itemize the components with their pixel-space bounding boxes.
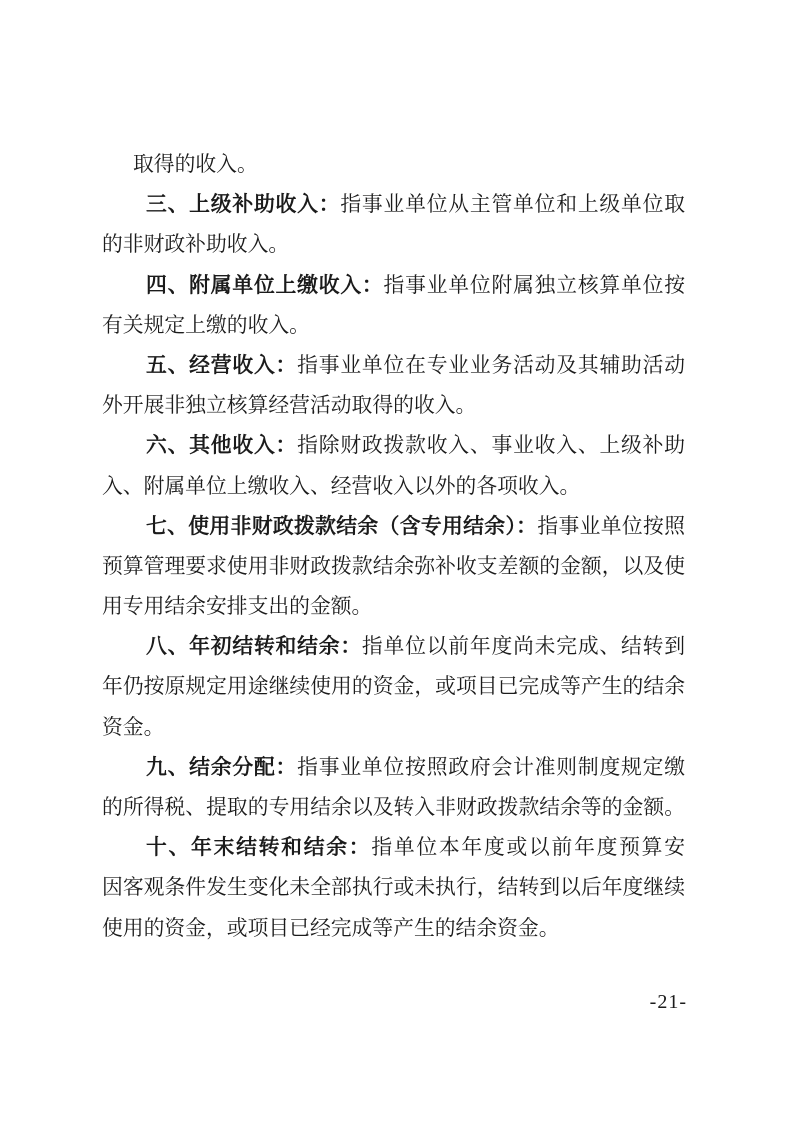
- text-line: 五、经营收入：指事业单位在专业业务活动及其辅助活动之: [102, 346, 685, 386]
- term-label: 四、附属单位上缴收入：: [146, 274, 384, 297]
- text-line: 取得的收入。: [102, 145, 685, 185]
- body-text: 资金。: [102, 716, 164, 739]
- body-text: 因客观条件发生变化未全部执行或未执行，结转到以后年度继续: [102, 876, 685, 899]
- text-line: 四、附属单位上缴收入：指事业单位附属独立核算单位按照: [102, 266, 685, 306]
- term-label: 九、结余分配：: [146, 756, 297, 779]
- text-line: 的非财政补助收入。: [102, 225, 685, 265]
- body-text: 指事业单位按照: [537, 515, 685, 538]
- term-label: 三、上级补助收入：: [146, 193, 340, 216]
- text-block: 取得的收入。三、上级补助收入：指事业单位从主管单位和上级单位取得的非财政补助收入…: [102, 145, 685, 949]
- body-text: 入、附属单位上缴收入、经营收入以外的各项收入。: [102, 475, 580, 498]
- text-line: 九、结余分配：指事业单位按照政府会计准则制度规定缴纳: [102, 748, 685, 788]
- body-text: 的所得税、提取的专用结余以及转入非财政拨款结余等的金额。: [102, 796, 685, 819]
- text-line: 使用的资金，或项目已经完成等产生的结余资金。: [102, 909, 685, 949]
- text-line: 六、其他收入：指除财政拨款收入、事业收入、上级补助收: [102, 426, 685, 466]
- body-text: 使用的资金，或项目已经完成等产生的结余资金。: [102, 917, 560, 940]
- body-text: 取得的收入。: [133, 153, 258, 176]
- body-text: 的非财政补助收入。: [102, 233, 289, 256]
- document-page: 取得的收入。三、上级补助收入：指事业单位从主管单位和上级单位取得的非财政补助收入…: [0, 0, 793, 1122]
- text-line: 八、年初结转和结余：指单位以前年度尚未完成、结转到本: [102, 627, 685, 667]
- body-text: 有关规定上缴的收入。: [102, 314, 310, 337]
- text-line: 用专用结余安排支出的金额。: [102, 587, 685, 627]
- term-label: 十、年末结转和结余：: [146, 836, 371, 859]
- body-text: 年仍按原规定用途继续使用的资金，或项目已完成等产生的结余: [102, 675, 685, 698]
- text-line: 入、附属单位上缴收入、经营收入以外的各项收入。: [102, 467, 685, 507]
- text-line: 年仍按原规定用途继续使用的资金，或项目已完成等产生的结余: [102, 667, 685, 707]
- text-line: 因客观条件发生变化未全部执行或未执行，结转到以后年度继续: [102, 868, 685, 908]
- body-text: 用专用结余安排支出的金额。: [102, 595, 372, 618]
- text-line: 三、上级补助收入：指事业单位从主管单位和上级单位取得: [102, 185, 685, 225]
- text-line: 十、年末结转和结余：指单位本年度或以前年度预算安排、: [102, 828, 685, 868]
- term-label: 五、经营收入：: [146, 354, 297, 377]
- text-line: 预算管理要求使用非财政拨款结余弥补收支差额的金额，以及使: [102, 547, 685, 587]
- body-text: 预算管理要求使用非财政拨款结余弥补收支差额的金额，以及使: [102, 555, 685, 578]
- term-label: 六、其他收入：: [146, 434, 297, 457]
- term-label: 七、使用非财政拨款结余（含专用结余）：: [146, 515, 537, 538]
- page-number: -21-: [650, 990, 687, 1014]
- text-line: 的所得税、提取的专用结余以及转入非财政拨款结余等的金额。: [102, 788, 685, 828]
- text-line: 七、使用非财政拨款结余（含专用结余）：指事业单位按照: [102, 507, 685, 547]
- text-line: 外开展非独立核算经营活动取得的收入。: [102, 386, 685, 426]
- text-line: 资金。: [102, 708, 685, 748]
- text-line: 有关规定上缴的收入。: [102, 306, 685, 346]
- term-label: 八、年初结转和结余：: [146, 635, 362, 658]
- body-text: 外开展非独立核算经营活动取得的收入。: [102, 394, 476, 417]
